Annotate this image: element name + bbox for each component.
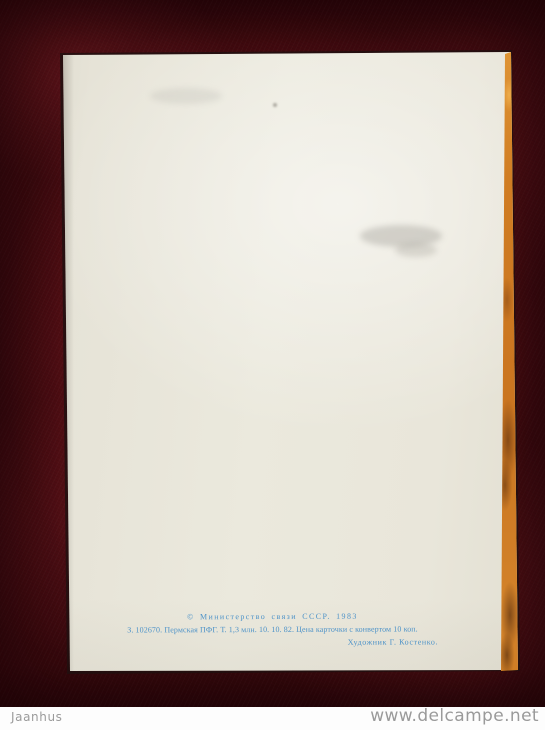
stain-mark [150,88,222,104]
scene: © Министерство связи СССР. 1983 З. 10267… [0,0,545,730]
watermark-delcampe: www.delcampe.net [370,706,539,726]
publisher-imprint: © Министерство связи СССР. 1983 З. 10267… [107,609,438,649]
stain-mark [395,243,437,257]
imprint-copyright-line: © Министерство связи СССР. 1983 [107,609,438,623]
watermark-jaanhus: Jaanhus [11,710,63,724]
imprint-artist-line: Художник Г. Костенко. [107,635,438,649]
paper-speck [273,103,277,107]
stain-mark [360,225,442,247]
imprint-print-info-line: З. 102670. Пермская ПФГ. Т. 1,3 млн. 10.… [107,622,438,636]
